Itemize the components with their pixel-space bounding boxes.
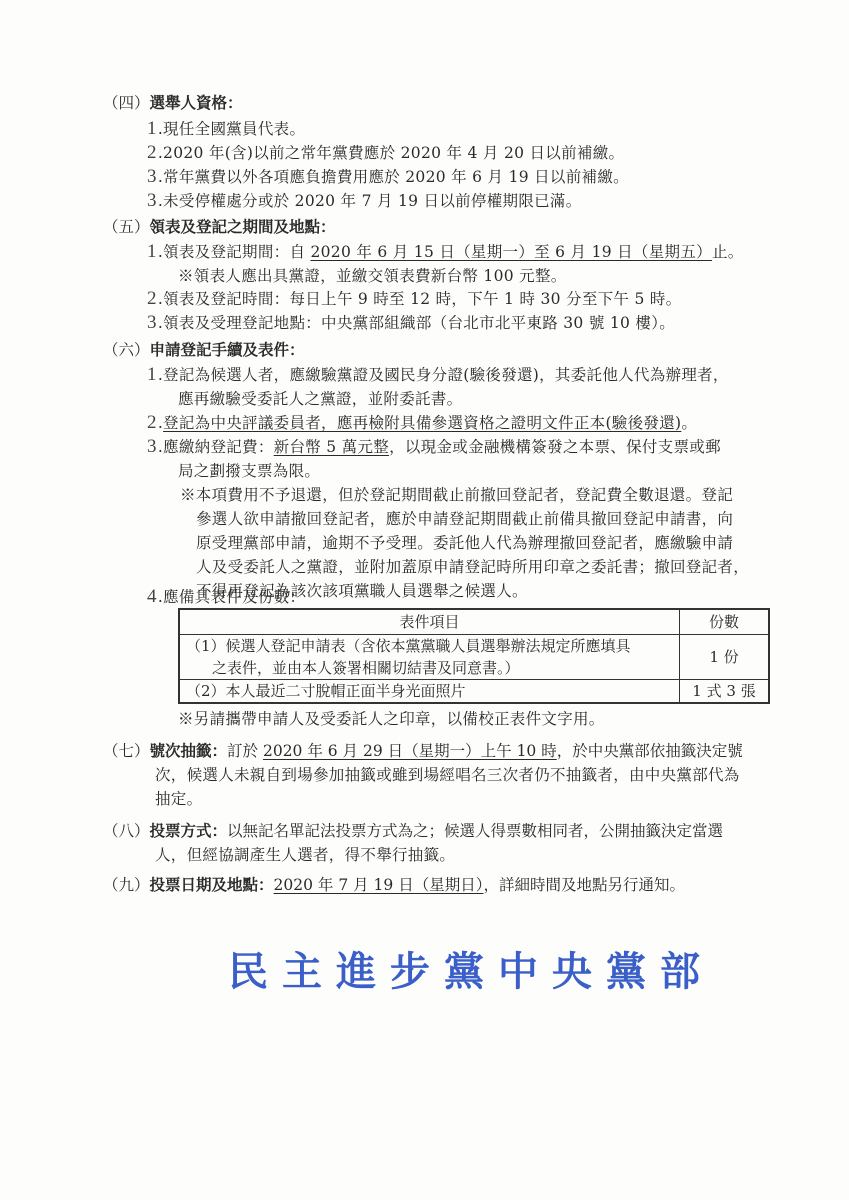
party-stamp: 民主進步黨中央黨部 (228, 940, 714, 997)
col-header-item: 表件項目 (179, 609, 680, 635)
s6-note-line-1: ※本項費用不予退還，但於登記期間截止前撤回登記者，登記費全數退還。登記 (180, 484, 733, 506)
registration-fee: 新台幣 5 萬元整 (274, 438, 389, 456)
item-text: .登記為候選人者，應繳驗黨證及國民身分證(驗後發還)，其委託他人代為辦理者， (158, 366, 729, 384)
item-number: 1 (147, 364, 157, 386)
table-note: ※另請攜帶申請人及受委託人之印章，以備校正表件文字用。 (178, 708, 605, 730)
section-8-title: 投票方式： (150, 821, 228, 840)
section-9-number: （九） (103, 876, 150, 894)
section-4-title: 選舉人資格： (150, 93, 243, 112)
s6-item-3-cont: 局之劃撥支票為限。 (178, 460, 320, 482)
cell-line: 之表件，並由本人簽署相關切結書及同意書。） (186, 657, 673, 679)
item-number: 4 (147, 586, 157, 608)
item-number: 3 (147, 190, 157, 212)
table-row: （1）候選人登記申請表（含依本黨黨職人員選舉辦法規定所應填具 之表件，並由本人簽… (179, 635, 769, 680)
item-text-suffix: 止。 (712, 243, 744, 261)
s5-item-1-note: ※領表人應出具黨證，並繳交領表費新台幣 100 元整。 (178, 265, 567, 287)
section-8-number: （八） (103, 822, 150, 840)
s8-text: 以無記名單記法投票方式為之；候選人得票數相同者，公開抽籤決定當選 (227, 822, 723, 840)
s7-line-3: 抽定。 (155, 788, 202, 810)
s7-text-suffix: ，於中央黨部依抽籤決定號 (557, 742, 743, 760)
required-forms-table: 表件項目 份數 （1）候選人登記申請表（含依本黨黨職人員選舉辦法規定所應填具 之… (178, 608, 770, 704)
s4-item-1: 1.現任全國黨員代表。 (147, 118, 305, 140)
item-number: 2 (147, 412, 157, 434)
section-8-heading: （八）投票方式：以無記名單記法投票方式為之；候選人得票數相同者，公開抽籤決定當選 (103, 820, 723, 842)
table-header-row: 表件項目 份數 (179, 609, 769, 635)
section-7-number: （七） (103, 742, 150, 760)
item-number: 3 (147, 166, 157, 188)
section-6-number: （六） (103, 341, 150, 359)
item-number: 1 (147, 241, 157, 263)
item-number: 3 (147, 312, 157, 334)
table-cell-qty: 1 份 (680, 635, 770, 680)
section-6-title: 申請登記手續及表件： (150, 340, 305, 359)
item-text: .常年黨費以外各項應負擔費用應於 2020 年 6 月 19 日以前補繳。 (158, 168, 629, 186)
s9-text-suffix: ，詳細時間及地點另行通知。 (483, 876, 685, 894)
item-text: .領表及登記期間：自 (158, 243, 311, 261)
section-5-number: （五） (103, 218, 150, 236)
section-5-heading: （五）領表及登記之期間及地點： (103, 216, 336, 238)
item-number: 2 (147, 288, 157, 310)
section-7-title: 號次抽籤： (150, 741, 228, 760)
item-text-suffix: 。 (681, 414, 697, 432)
item-text: .未受停權處分或於 2020 年 7 月 19 日以前停權期限已滿。 (158, 192, 582, 210)
s4-item-2: 2.2020 年(含)以前之常年黨費應於 2020 年 4 月 20 日以前補繳… (147, 142, 624, 164)
section-6-heading: （六）申請登記手續及表件： (103, 339, 305, 361)
item-text: .領表及登記時間：每日上午 9 時至 12 時，下午 1 時 30 分至下午 5… (158, 290, 682, 308)
table-row: （2）本人最近二寸脫帽正面半身光面照片 1 式 3 張 (179, 680, 769, 704)
item-text: .應繳納登記費： (158, 438, 274, 456)
item-number: 3 (147, 436, 157, 458)
s5-item-1: 1.領表及登記期間：自 2020 年 6 月 15 日（星期一）至 6 月 19… (147, 241, 744, 263)
s6-item-1: 1.登記為候選人者，應繳驗黨證及國民身分證(驗後發還)，其委託他人代為辦理者， (147, 364, 729, 386)
section-4-heading: （四）選舉人資格： (103, 92, 243, 114)
s6-item-3: 3.應繳納登記費：新台幣 5 萬元整，以現金或金融機構簽發之本票、保付支票或郵 (147, 436, 721, 458)
item-text: .現任全國黨員代表。 (158, 120, 305, 138)
section-7-heading: （七）號次抽籤：訂於 2020 年 6 月 29 日（星期一）上午 10 時，於… (103, 740, 743, 762)
col-header-qty: 份數 (680, 609, 770, 635)
cell-line: （1）候選人登記申請表（含依本黨黨職人員選舉辦法規定所應填具 (186, 635, 673, 657)
s6-item-1-cont: 應再繳驗受委託人之黨證，並附委託書。 (178, 388, 462, 410)
section-4-number: （四） (103, 94, 150, 112)
table-cell-item: （1）候選人登記申請表（含依本黨黨職人員選舉辦法規定所應填具 之表件，並由本人簽… (179, 635, 680, 680)
item-text: .領表及受理登記地點：中央黨部組織部（台北市北平東路 30 號 10 樓）。 (158, 314, 675, 332)
s4-item-4: 3.未受停權處分或於 2020 年 7 月 19 日以前停權期限已滿。 (147, 190, 582, 212)
section-9-heading: （九）投票日期及地點：2020 年 7 月 19 日（星期日），詳細時間及地點另… (103, 874, 685, 896)
item-text: .應備具表件及份數： (158, 588, 305, 606)
item-text-underlined: 登記為中央評議委員者，應再檢附具備參選資格之證明文件正本(驗後發還) (163, 414, 681, 432)
item-text: .2020 年(含)以前之常年黨費應於 2020 年 4 月 20 日以前補繳。 (158, 144, 625, 162)
section-5-title: 領表及登記之期間及地點： (150, 217, 336, 236)
s4-item-3: 3.常年黨費以外各項應負擔費用應於 2020 年 6 月 19 日以前補繳。 (147, 166, 629, 188)
s6-item-2: 2.登記為中央評議委員者，應再檢附具備參選資格之證明文件正本(驗後發還)。 (147, 412, 697, 434)
s6-note-line-3: 原受理黨部申請，逾期不予受理。委託他人代為辦理撤回登記者，應繳驗申請 (196, 532, 733, 554)
s7-line-2: 次，候選人未親自到場參加抽籤或雖到場經唱名三次者仍不抽籤者，由中央黨部代為 (155, 764, 740, 786)
s8-line-2: 人，但經協調產生人選者，得不舉行抽籤。 (155, 844, 455, 866)
lottery-datetime: 2020 年 6 月 29 日（星期一）上午 10 時 (263, 742, 557, 760)
item-number: 1 (147, 118, 157, 140)
s5-item-3: 3.領表及受理登記地點：中央黨部組織部（台北市北平東路 30 號 10 樓）。 (147, 312, 675, 334)
s6-note-line-4: 人及受委託人之黨證，並附加蓋原申請登記時所用印章之委託書；撤回登記者， (196, 556, 749, 578)
item-number: 2 (147, 142, 157, 164)
table-cell-qty: 1 式 3 張 (680, 680, 770, 704)
s5-item-2: 2.領表及登記時間：每日上午 9 時至 12 時，下午 1 時 30 分至下午 … (147, 288, 681, 310)
voting-date: 2020 年 7 月 19 日（星期日） (274, 876, 484, 894)
table-cell-item: （2）本人最近二寸脫帽正面半身光面照片 (179, 680, 680, 704)
registration-period: 2020 年 6 月 15 日（星期一）至 6 月 19 日（星期五） (310, 243, 711, 261)
s6-item-4: 4.應備具表件及份數： (147, 586, 305, 608)
s7-text: 訂於 (227, 742, 263, 760)
section-9-title: 投票日期及地點： (150, 875, 274, 894)
s6-note-line-2: 參選人欲申請撤回登記者，應於申請登記期間截止前備具撤回登記申請書，向 (196, 508, 733, 530)
item-text-suffix: ，以現金或金融機構簽發之本票、保付支票或郵 (389, 438, 721, 456)
